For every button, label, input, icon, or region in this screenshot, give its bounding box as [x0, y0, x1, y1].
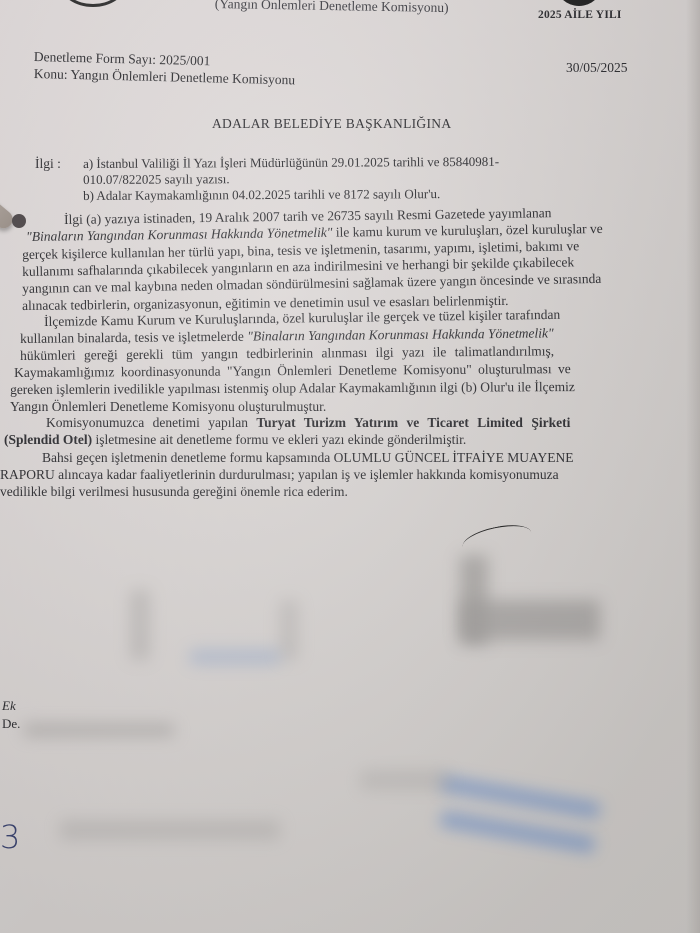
year-badge: 2025 AİLE YILI: [538, 9, 622, 21]
family-year-logo: [555, 0, 603, 6]
redacted-stamp: [360, 770, 450, 790]
distribution-label: De.: [2, 716, 20, 732]
text: işletmesine ait denetleme formu ve ekler…: [92, 432, 466, 447]
attachment-label: Ek: [2, 698, 16, 714]
redacted-signature: [190, 650, 280, 664]
regulation-title: "Binaların Yangından Korunması Hakkında …: [247, 325, 553, 343]
redacted-stamp: [440, 776, 600, 818]
redacted-text: [60, 820, 280, 840]
reference-label: İlgi :: [35, 156, 61, 172]
reference-line: b) Adalar Kaymakamlığının 04.02.2025 tar…: [83, 186, 440, 204]
paragraph-2-line: Kaymakamlığımız koordinasyonunda "Yangın…: [14, 361, 571, 381]
paragraph-2-line: gereken işlemlerin ivedilikle yapılması …: [10, 379, 575, 398]
document-date: 30/05/2025: [566, 60, 628, 76]
subject-line: Konu: Yangın Önlemleri Denetleme Komisyo…: [34, 66, 296, 88]
pen-tip: [12, 214, 26, 228]
paragraph-2-line: Yangın Önlemleri Denetleme Komisyonu olu…: [10, 399, 326, 415]
municipality-logo: [60, 0, 126, 7]
page-edge-shadow: [686, 0, 700, 933]
header-subtitle: (Yangın Önlemleri Denetleme Komisyonu): [215, 0, 449, 16]
text: kullanılan binalarda, tesis ve işletmele…: [20, 329, 247, 346]
redacted-stamp: [130, 590, 150, 660]
reference-line: 010.07/822025 sayılı yazısı.: [83, 171, 230, 188]
paragraph-3-line: Komisyonumuzca denetimi yapılan Turyat T…: [46, 415, 570, 431]
company-name: Turyat Turizm Yatırım ve Ticaret Limited…: [256, 415, 570, 430]
paragraph-4-line: Bahsi geçen işletmenin denetleme formu k…: [42, 450, 574, 466]
signature-scribble: [460, 520, 534, 559]
redacted-stamp: [440, 812, 595, 853]
hotel-name: (Splendid Otel): [4, 432, 92, 447]
paragraph-4-line: RAPORU alıncaya kadar faaliyetlerinin du…: [0, 467, 559, 483]
reference-line: a) İstanbul Valiliği İl Yazı İşleri Müdü…: [83, 154, 499, 172]
redacted-signature: [460, 600, 600, 640]
paragraph-3-line: (Splendid Otel) işletmesine ait denetlem…: [4, 432, 466, 448]
handwritten-page-number: 3: [0, 818, 20, 856]
regulation-title: "Binaların Yangından Korunması Hakkında …: [26, 225, 333, 244]
paragraph-4-line: vedilikle bilgi verilmesi hususunda gere…: [0, 484, 348, 500]
recipient-heading: ADALAR BELEDİYE BAŞKANLIĞINA: [212, 116, 451, 132]
text: Komisyonumuzca denetimi yapılan: [46, 415, 256, 430]
redacted-text: [24, 724, 174, 736]
redacted-stamp: [280, 600, 298, 660]
document-page: (Yangın Önlemleri Denetleme Komisyonu) 2…: [0, 0, 700, 933]
text: ile kamu kurum ve kuruluşları, özel kuru…: [332, 221, 602, 240]
